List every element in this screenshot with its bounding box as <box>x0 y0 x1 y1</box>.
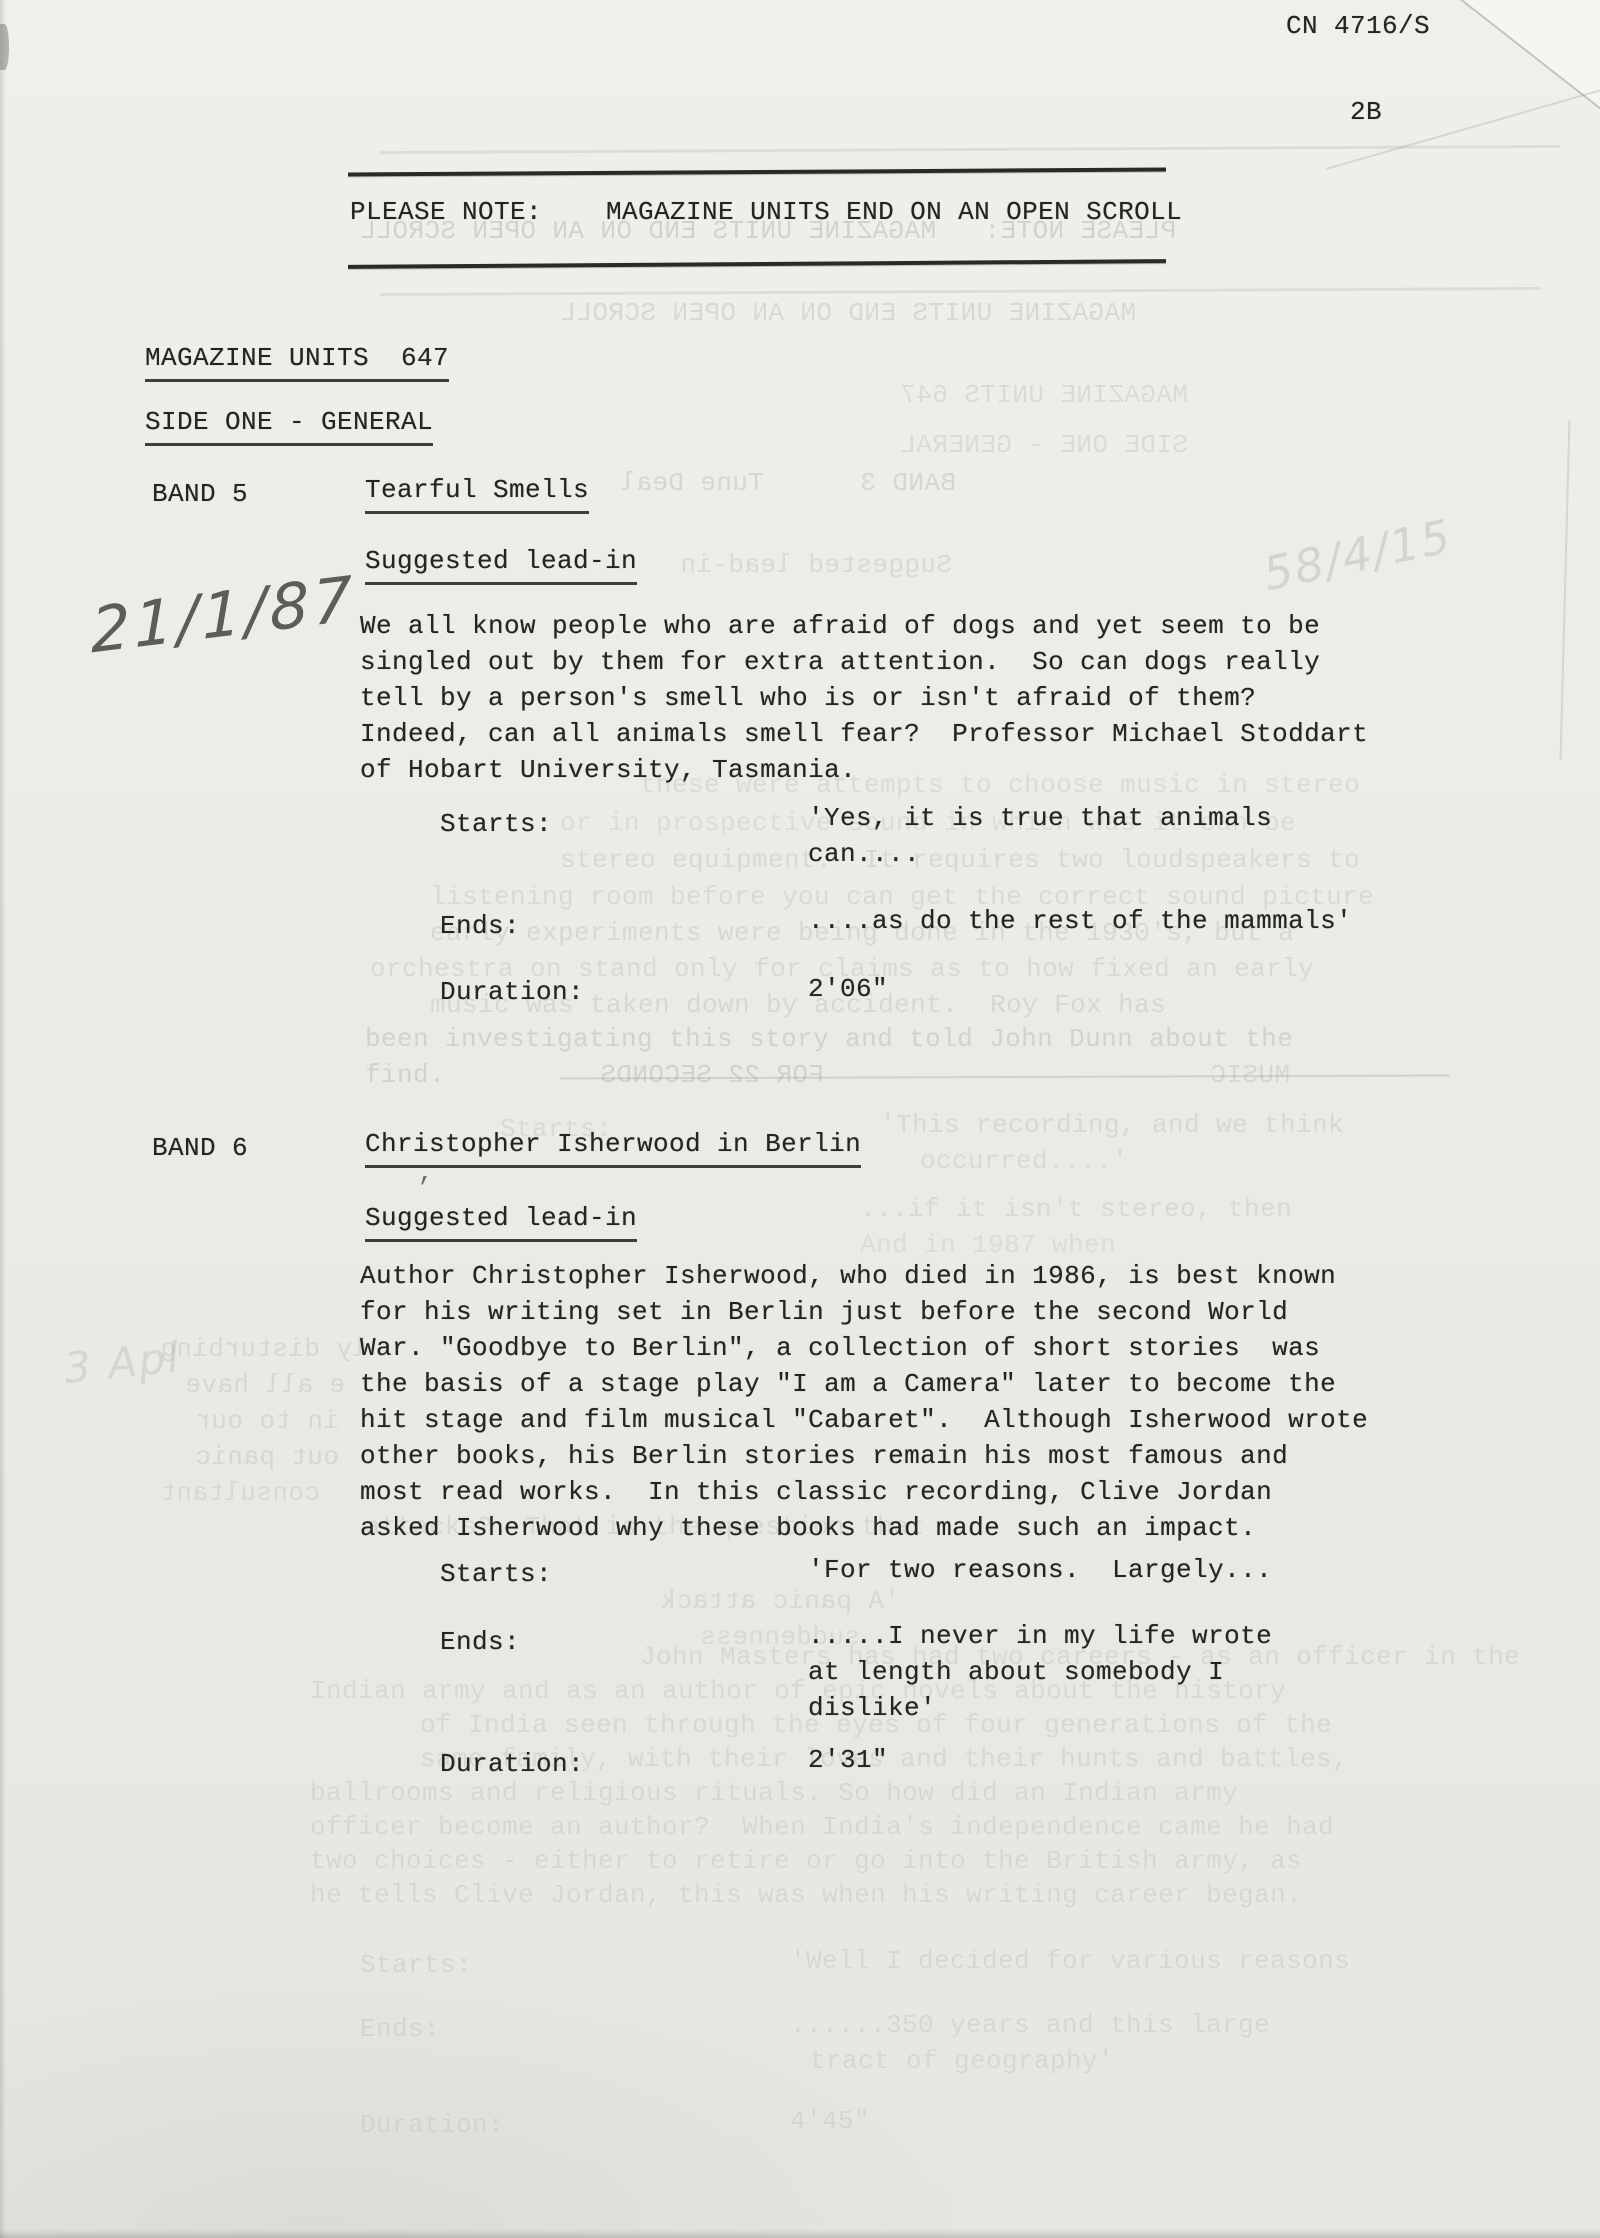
notice-rule-bottom <box>348 259 1166 269</box>
paper-edge-shadow <box>0 0 6 2238</box>
band-title-text: Christopher Isherwood in Berlin <box>365 1126 861 1168</box>
series-heading-text: MAGAZINE UNITS 647 <box>145 340 449 382</box>
scanned-script-page: PLEASE NOTE: MAGAZINE UNITS END ON AN OP… <box>0 0 1600 2238</box>
ghost-text: consultant <box>160 1476 320 1510</box>
lead-in-heading: Suggested lead-in <box>365 1200 637 1242</box>
ghost-text: ly disturbing <box>160 1332 368 1366</box>
ghost-text: Starts: <box>360 1948 472 1982</box>
band-title: Tearful Smells <box>365 472 589 514</box>
ends-label: Ends: <box>440 908 520 944</box>
starts-value: 'For two reasons. Largely... <box>808 1552 1600 1588</box>
ends-value: .....I never in my life wrote at length … <box>808 1618 1600 1726</box>
ghost-text: 'A panic attack <box>660 1584 900 1618</box>
band-label: BAND 5 <box>152 476 248 512</box>
crease-line <box>1560 420 1571 760</box>
ends-label: Ends: <box>440 1624 520 1660</box>
scan-edge-mark <box>0 24 9 70</box>
series-heading: MAGAZINE UNITS 647 <box>145 340 449 382</box>
ghost-text: Suggested lead-in <box>680 548 952 582</box>
duration-value: 2'31" <box>808 1742 888 1778</box>
notice-rule-top <box>348 168 1166 177</box>
ghost-text: 3 Apl <box>63 1340 183 1386</box>
ghost-text: Duration: <box>360 2108 504 2142</box>
ghost-text: been investigating this story and told J… <box>365 1022 1293 1056</box>
ghost-text: SIDE ONE - GENERAL <box>900 428 1188 462</box>
ghost-text: ...if it isn't stereo, then <box>860 1192 1292 1226</box>
lead-in-heading: Suggested lead-in <box>365 543 637 585</box>
starts-label: Starts: <box>440 806 552 842</box>
ghost-text: tract of geography' <box>810 2044 1114 2078</box>
page-number: 2B <box>1350 94 1382 130</box>
ghost-text: in to our <box>195 1404 339 1438</box>
ghost-text: 4'45" <box>790 2104 870 2138</box>
duration-label: Duration: <box>440 1746 584 1782</box>
starts-value: 'Yes, it is true that animals can.... <box>808 800 1600 872</box>
ghost-text: And in 1987 when <box>860 1228 1116 1262</box>
notice-text: PLEASE NOTE: MAGAZINE UNITS END ON AN OP… <box>350 194 1182 230</box>
duration-value: 2'06" <box>808 971 888 1007</box>
lead-in-heading-text: Suggested lead-in <box>365 543 637 585</box>
ghost-text: BAND 3 Tune Deal <box>620 466 956 500</box>
duration-label: Duration: <box>440 974 584 1010</box>
lead-in-text: Author Christopher Isherwood, who died i… <box>360 1258 1420 1546</box>
starts-label: Starts: <box>440 1556 552 1592</box>
ghost-text: ......350 years and this large <box>790 2008 1270 2042</box>
ghost-text: officer become an author? When India's i… <box>310 1810 1334 1844</box>
band-label: BAND 6 <box>152 1130 248 1166</box>
ghost-text: 58/4/15 <box>1261 518 1455 591</box>
handwritten-date: 21/1/87 <box>90 562 356 668</box>
lead-in-text: We all know people who are afraid of dog… <box>360 608 1420 788</box>
ghost-text: e all have <box>185 1368 345 1402</box>
ghost-rule-bottom <box>380 287 1540 296</box>
paper-edge-shadow <box>0 2229 1600 2238</box>
side-heading-text: SIDE ONE - GENERAL <box>145 404 433 446</box>
ghost-text: occurred....' <box>920 1144 1128 1178</box>
ghost-text: Ends: <box>360 2012 440 2046</box>
ghost-text: he tells Clive Jordan, this was when his… <box>310 1878 1302 1912</box>
side-heading: SIDE ONE - GENERAL <box>145 404 433 446</box>
ghost-text: 'Well I decided for various reasons <box>790 1944 1350 1978</box>
lead-in-heading-text: Suggested lead-in <box>365 1200 637 1242</box>
ends-value: ....as do the rest of the mammals' <box>808 903 1600 939</box>
ghost-text: out panic <box>195 1440 339 1474</box>
ghost-text: MAGAZINE UNITS 647 <box>900 378 1188 412</box>
ghost-text: 'This recording, and we think <box>880 1108 1344 1142</box>
reference-number: CN 4716/S <box>1286 8 1430 44</box>
ghost-text: MAGAZINE UNITS END ON AN OPEN SCROLL <box>560 296 1136 330</box>
band-title: Christopher Isherwood in Berlin <box>365 1126 861 1168</box>
band-title-text: Tearful Smells <box>365 472 589 514</box>
ghost-text: find. <box>365 1058 445 1092</box>
ghost-text: two choices - either to retire or go int… <box>310 1844 1302 1878</box>
ghost-text: FOR 22 SECONDS <box>600 1058 824 1092</box>
